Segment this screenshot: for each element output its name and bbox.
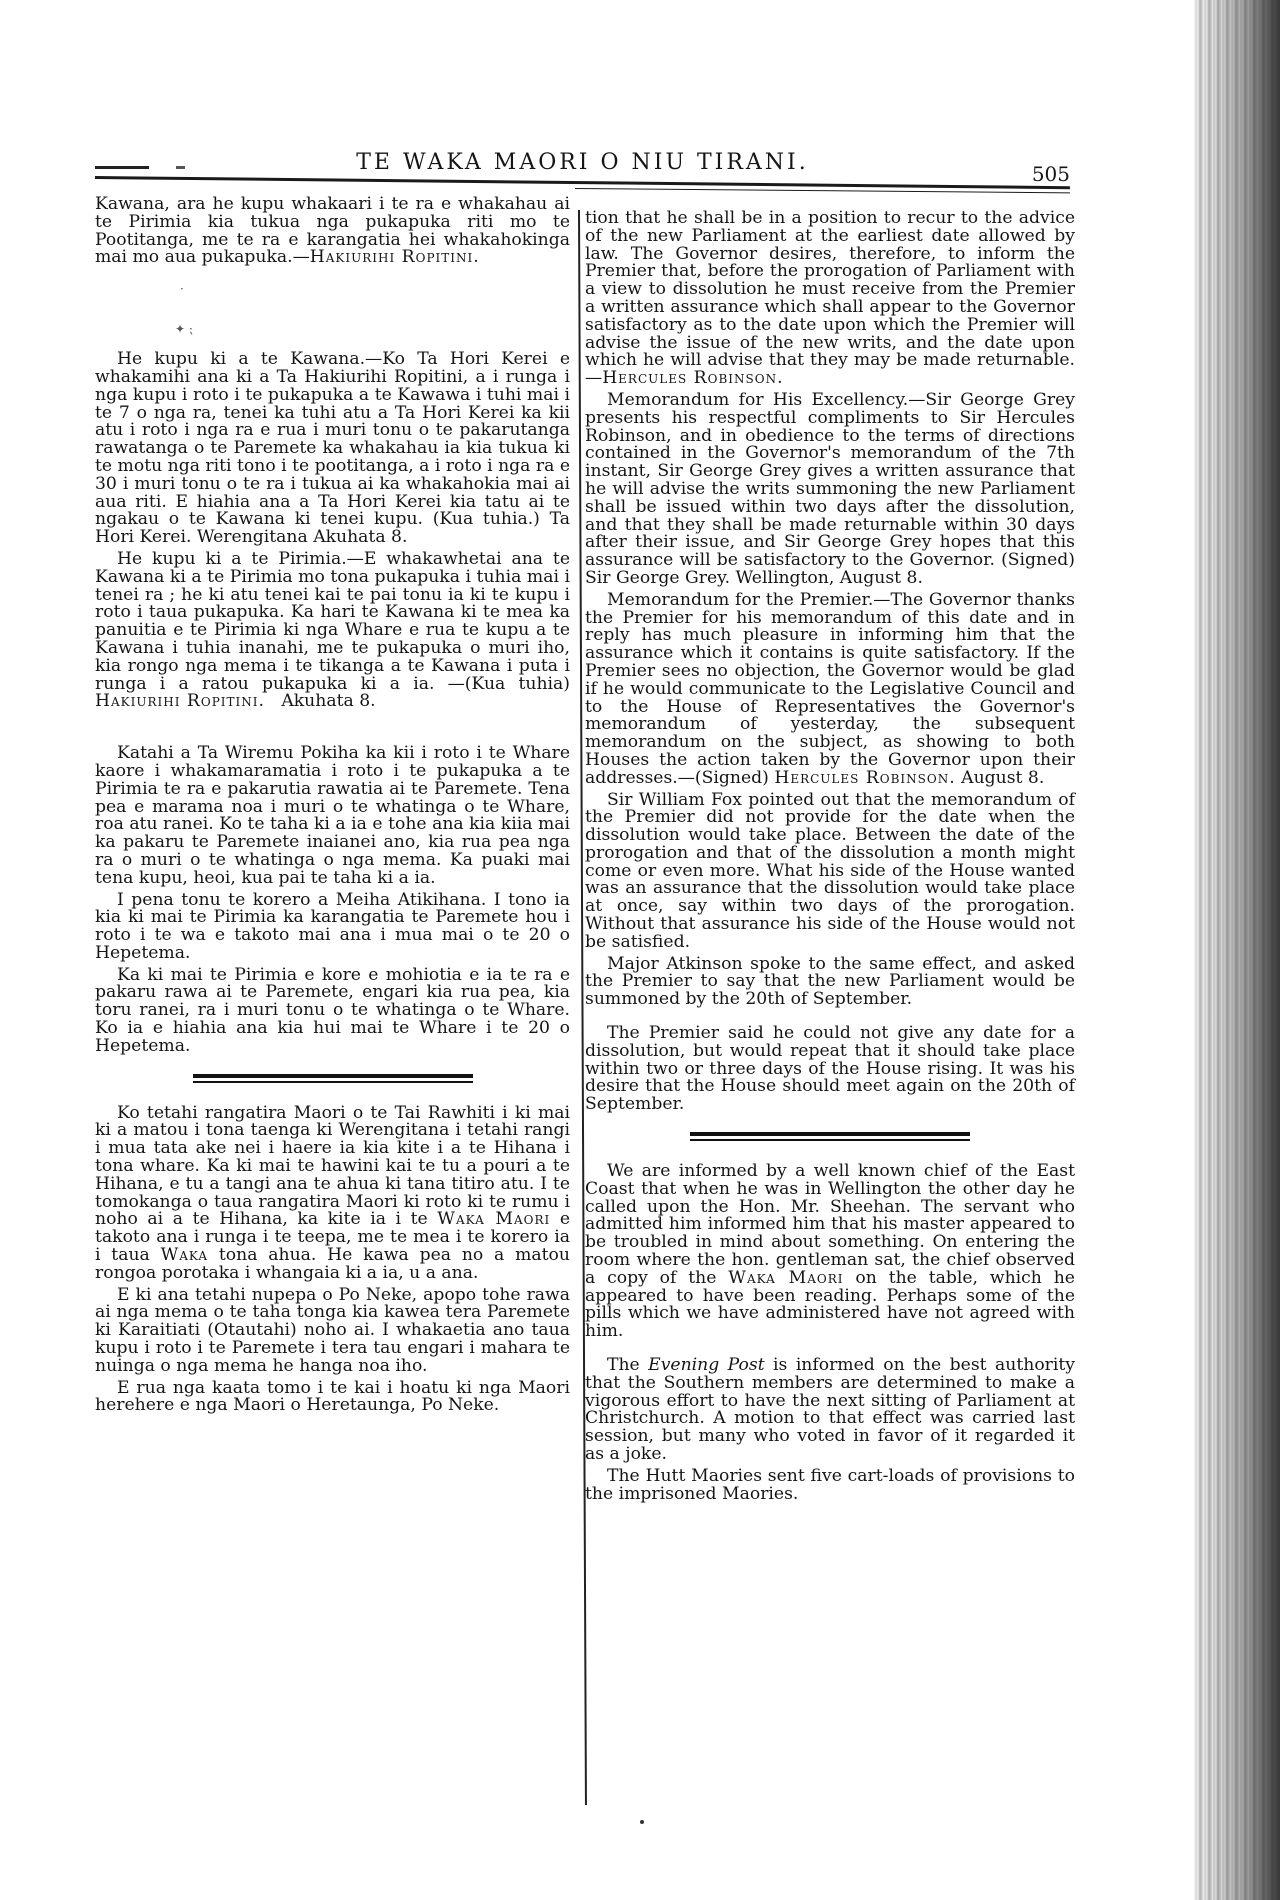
article-paragraph: I pena tonu te korero a Meiha Atikihana.… (95, 892, 570, 963)
article-paragraph: Ko tetahi rangatira Maori o te Tai Rawhi… (95, 1105, 570, 1283)
article-paragraph: The Hutt Maories sent five cart-loads of… (585, 1468, 1075, 1504)
date: Akuhata 8. (281, 691, 375, 711)
signature: Hakiurihi Ropitini. (310, 247, 480, 267)
article-paragraph: Kawana, ara he kupu whakaari i te ra e w… (95, 196, 570, 267)
page-header: TE WAKA MAORI O NIU TIRANI. 505 (95, 144, 1070, 184)
article-paragraph: The Evening Post is informed on the best… (585, 1357, 1075, 1464)
header-rule-thin (575, 188, 1070, 193)
article-paragraph: He kupu ki a te Kawana.—Ko Ta Hori Kerei… (95, 351, 570, 547)
signature: Hercules Robinson. (602, 368, 783, 388)
right-column-english: tion that he shall be in a position to r… (585, 210, 1075, 1507)
section-divider (193, 1074, 473, 1083)
page-number: 505 (1032, 162, 1070, 186)
article-paragraph: Memorandum for the Premier.—The Governor… (585, 592, 1075, 788)
signature: Hakiurihi Ropitini. (95, 691, 265, 711)
article-paragraph: Katahi a Ta Wiremu Pokiha ka kii i roto … (95, 745, 570, 887)
date: August 8. (961, 768, 1044, 788)
article-paragraph: Memorandum for His Excellency.—Sir Georg… (585, 392, 1075, 588)
scan-binding-edge (1194, 0, 1280, 1900)
signature: Hercules Robinson. (774, 768, 955, 788)
article-paragraph: Sir William Fox pointed out that the mem… (585, 792, 1075, 952)
section-divider (690, 1132, 970, 1141)
newspaper-title: TE WAKA MAORI O NIU TIRANI. (95, 150, 1070, 175)
article-paragraph: The Premier said he could not give any d… (585, 1025, 1075, 1114)
article-paragraph: Ka ki mai te Pirimia e kore e mohiotia e… (95, 967, 570, 1056)
article-paragraph: tion that he shall be in a position to r… (585, 210, 1075, 388)
article-paragraph: He kupu ki a te Pirimia.—E whakawhetai a… (95, 551, 570, 711)
printer-marks: · ✦ ⁏ (95, 271, 570, 351)
article-paragraph: E rua nga kaata tomo i te kai i hoatu ki… (95, 1380, 570, 1416)
article-paragraph: We are informed by a well known chief of… (585, 1163, 1075, 1341)
left-column-maori: Kawana, ara he kupu whakaari i te ra e w… (95, 196, 570, 1419)
printer-dot (640, 1820, 644, 1824)
article-paragraph: Major Atkinson spoke to the same effect,… (585, 956, 1075, 1009)
article-paragraph: E ki ana tetahi nupepa o Po Neke, apopo … (95, 1287, 570, 1376)
